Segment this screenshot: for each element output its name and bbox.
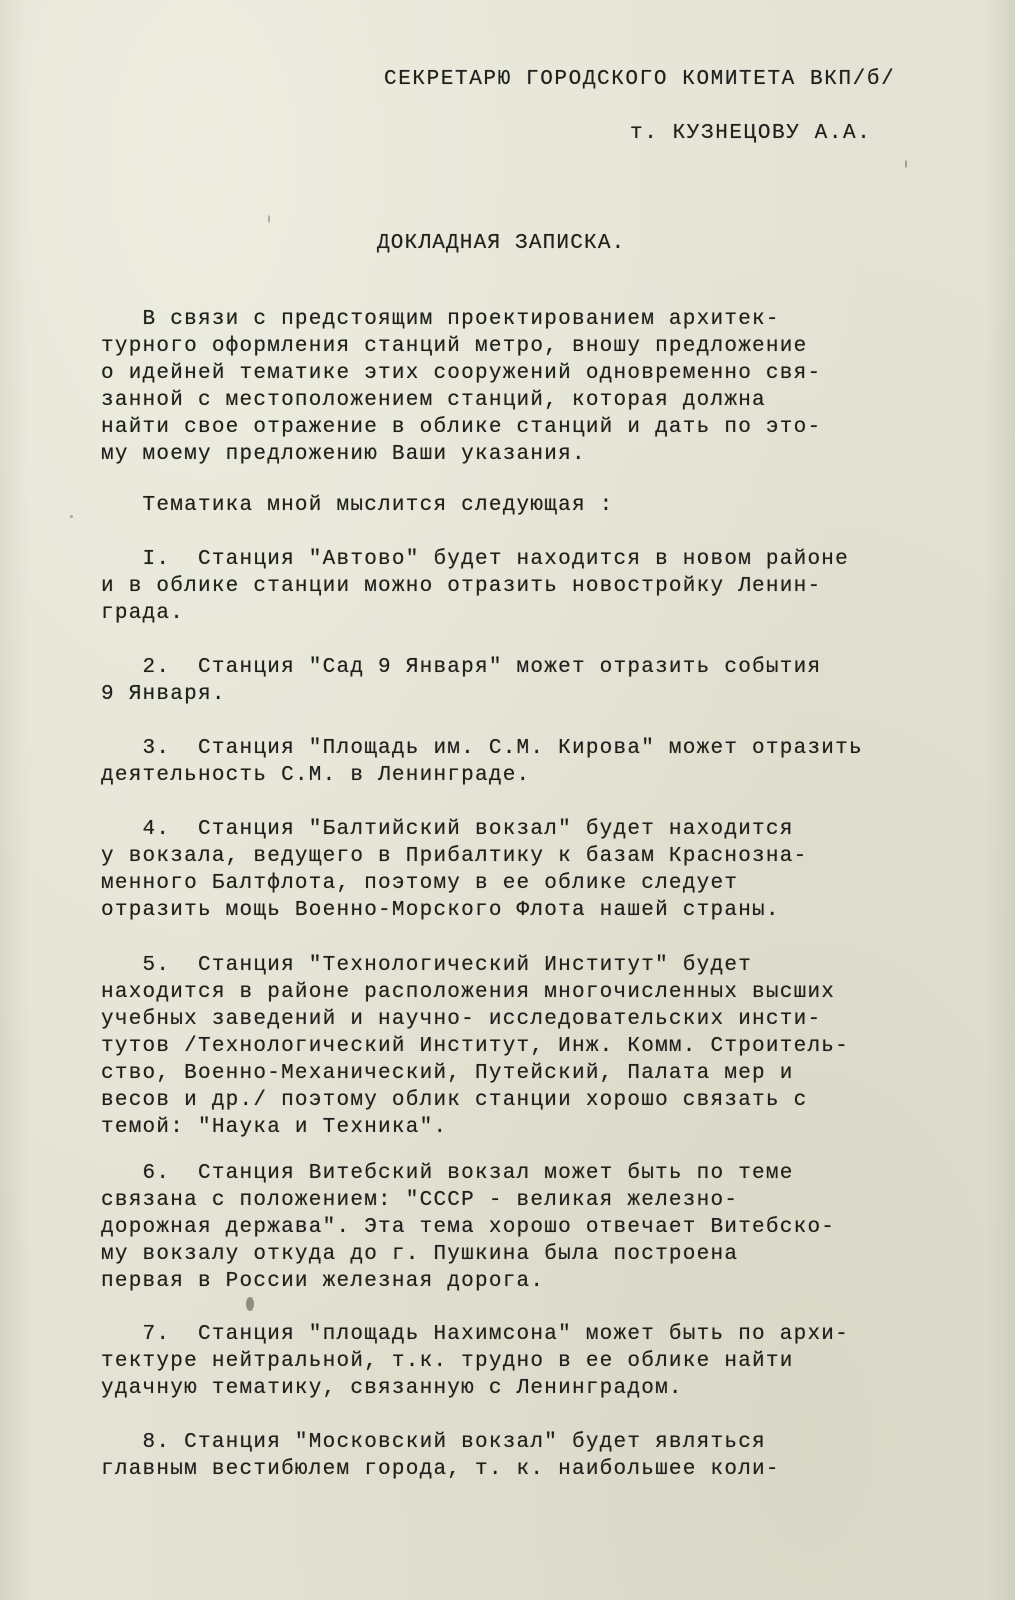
text-line: 3. Станция "Площадь им. С.М. Кирова" мож…	[101, 735, 921, 762]
paper-mark	[268, 215, 270, 223]
text-line: о идейней тематике этих сооружений однов…	[101, 360, 921, 387]
text-line: 9 Января.	[101, 681, 921, 708]
paragraph-intro: В связи с предстоящим проектированием ар…	[101, 306, 921, 468]
text-line: темой: "Наука и Техника".	[101, 1114, 921, 1141]
paper-mark	[905, 160, 907, 168]
text-line: главным вестибюлем города, т. к. наиболь…	[101, 1456, 921, 1483]
text-line: 8. Станция "Московский вокзал" будет явл…	[101, 1429, 921, 1456]
ink-blot	[246, 1297, 254, 1311]
paragraph-item-6: 6. Станция Витебский вокзал может быть п…	[101, 1160, 921, 1295]
paper-mark	[70, 515, 73, 518]
text-line: найти свое отражение в облике станций и …	[101, 414, 921, 441]
text-line: му моему предложению Ваши указания.	[101, 441, 921, 468]
text-line: первая в России железная дорога.	[101, 1268, 921, 1295]
text-line: удачную тематику, связанную с Ленинградо…	[101, 1375, 921, 1402]
text-line: деятельность С.М. в Ленинграде.	[101, 762, 921, 789]
paragraph-item-5: 5. Станция "Технологический Институт" бу…	[101, 952, 921, 1141]
text-line: ство, Военно-Механический, Путейский, Па…	[101, 1060, 921, 1087]
text-line: занной с местоположением станций, котора…	[101, 387, 921, 414]
text-line: учебных заведений и научно- исследовател…	[101, 1006, 921, 1033]
paragraph-item-4: 4. Станция "Балтийский вокзал" будет нах…	[101, 816, 921, 924]
text-line: В связи с предстоящим проектированием ар…	[101, 306, 921, 333]
paragraph-item-2: 2. Станция "Сад 9 Января" может отразить…	[101, 654, 921, 708]
text-line: 7. Станция "площадь Нахимсона" может быт…	[101, 1321, 921, 1348]
text-line: менного Балтфлота, поэтому в ее облике с…	[101, 870, 921, 897]
document-title: ДОКЛАДНАЯ ЗАПИСКА.	[377, 230, 625, 257]
text-line: турного оформления станций метро, вношу …	[101, 333, 921, 360]
paragraph-themes-lead: Тематика мной мыслится следующая :	[101, 492, 921, 519]
text-line: и в облике станции можно отразить новост…	[101, 573, 921, 600]
text-line: града.	[101, 600, 921, 627]
paragraph-item-7: 7. Станция "площадь Нахимсона" может быт…	[101, 1321, 921, 1402]
text-line: тутов /Технологический Институт, Инж. Ко…	[101, 1033, 921, 1060]
text-line: Тематика мной мыслится следующая :	[101, 492, 921, 519]
text-line: 2. Станция "Сад 9 Января" может отразить…	[101, 654, 921, 681]
addressee-line-2: т. КУЗНЕЦОВУ А.А.	[630, 120, 871, 147]
text-line: находится в районе расположения многочис…	[101, 979, 921, 1006]
paragraph-item-8: 8. Станция "Московский вокзал" будет явл…	[101, 1429, 921, 1483]
text-line: 4. Станция "Балтийский вокзал" будет нах…	[101, 816, 921, 843]
text-line: весов и др./ поэтому облик станции хорош…	[101, 1087, 921, 1114]
text-line: отразить мощь Военно-Морского Флота наше…	[101, 897, 921, 924]
text-line: му вокзалу откуда до г. Пушкина была пос…	[101, 1241, 921, 1268]
text-line: I. Станция "Автово" будет находится в но…	[101, 546, 921, 573]
document-page: СЕКРЕТАРЮ ГОРОДСКОГО КОМИТЕТА ВКП/б/ т. …	[0, 0, 1015, 1600]
text-line: связана с положением: "СССР - великая же…	[101, 1187, 921, 1214]
text-line: дорожная держава". Эта тема хорошо отвеч…	[101, 1214, 921, 1241]
paragraph-item-3: 3. Станция "Площадь им. С.М. Кирова" мож…	[101, 735, 921, 789]
text-line: у вокзала, ведущего в Прибалтику к базам…	[101, 843, 921, 870]
text-line: 5. Станция "Технологический Институт" бу…	[101, 952, 921, 979]
addressee-line-1: СЕКРЕТАРЮ ГОРОДСКОГО КОМИТЕТА ВКП/б/	[384, 66, 895, 93]
text-line: 6. Станция Витебский вокзал может быть п…	[101, 1160, 921, 1187]
paragraph-item-1: I. Станция "Автово" будет находится в но…	[101, 546, 921, 627]
text-line: тектуре нейтральной, т.к. трудно в ее об…	[101, 1348, 921, 1375]
